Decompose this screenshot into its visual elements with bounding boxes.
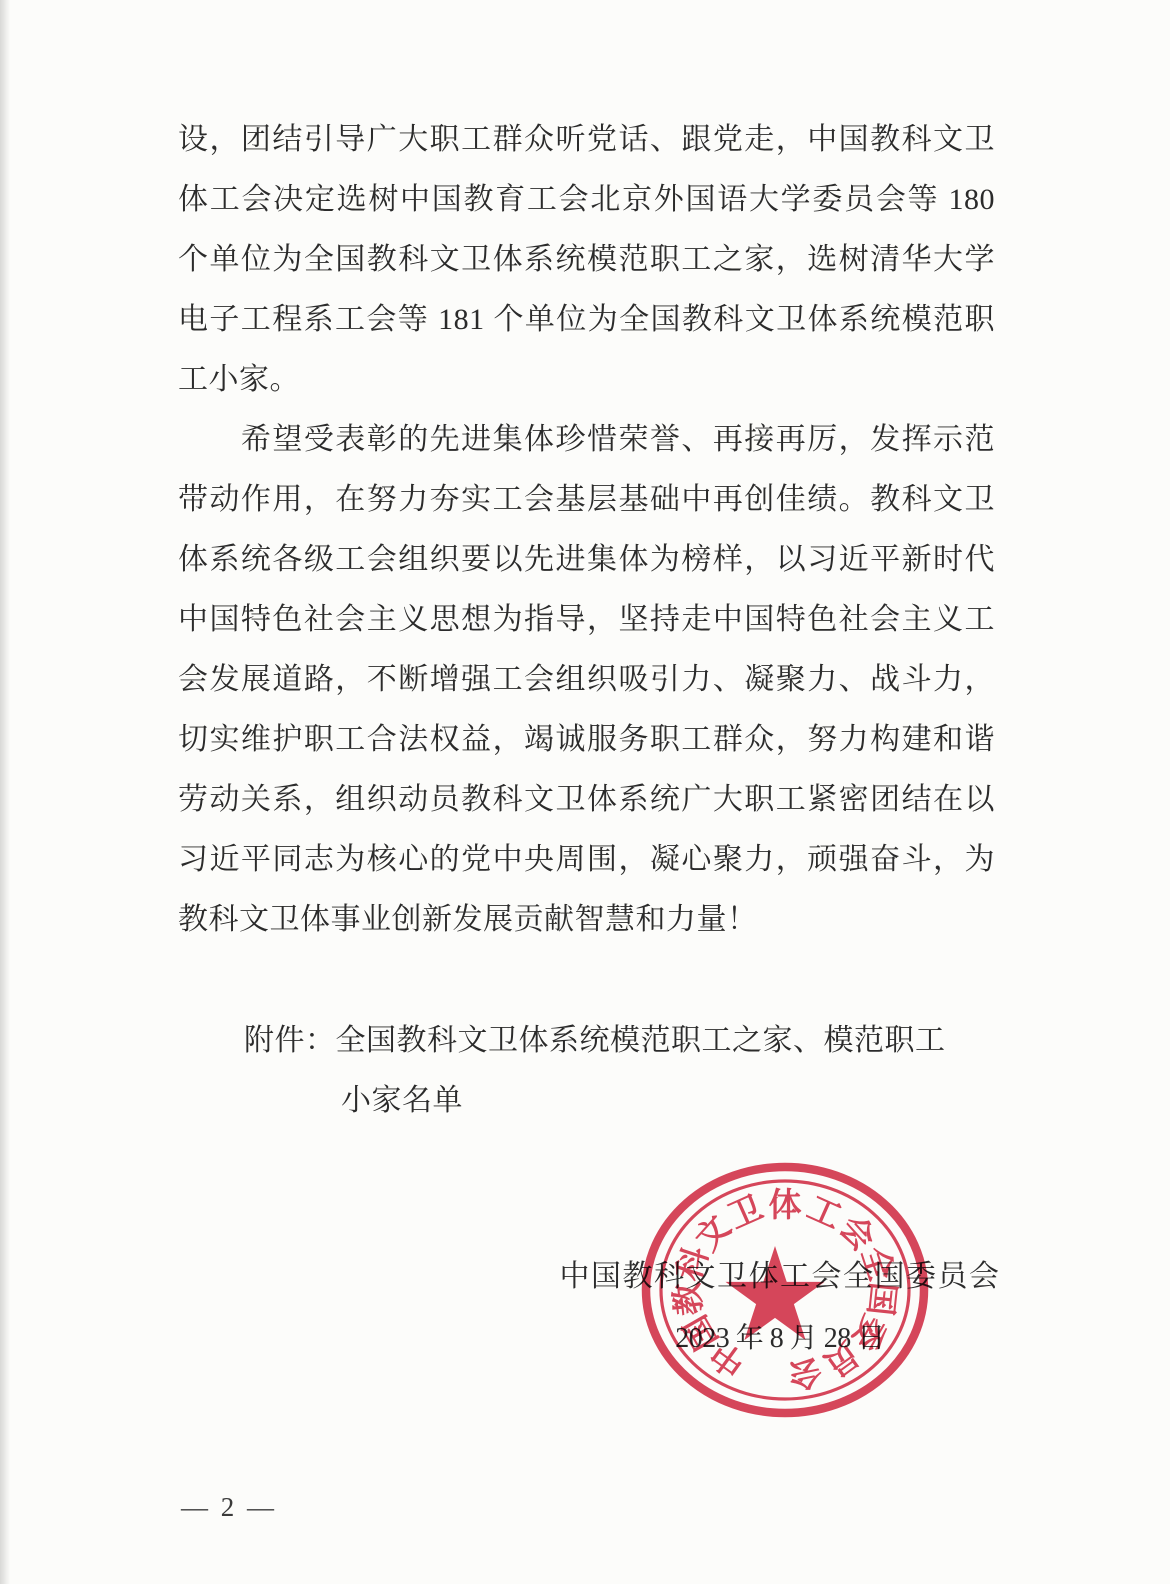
body-line: 个单位为全国教科文卫体系统模范职工之家，选树清华大学 — [178, 230, 995, 290]
body-line: 劳动关系，组织动员教科文卫体系统广大职工紧密团结在以 — [178, 770, 995, 830]
attachment-label: 附件： — [244, 1024, 336, 1057]
seal-char: 体 — [769, 1187, 802, 1224]
body-line: 体工会决定选树中国教育工会北京外国语大学委员会等 180 — [178, 170, 995, 230]
seal-star-icon — [726, 1246, 825, 1340]
body-line: 会发展道路，不断增强工会组织吸引力、凝聚力、战斗力， — [178, 650, 995, 710]
body-line: 设，团结引导广大职工群众听党话、跟党走，中国教科文卫 — [178, 110, 995, 170]
body-line: 电子工程系工会等 181 个单位为全国教科文卫体系统模范职 — [178, 290, 995, 350]
page-number: — 2 — — [181, 1492, 277, 1523]
letter-page: 设，团结引导广大职工群众听党话、跟党走，中国教科文卫体工会决定选树中国教育工会北… — [0, 0, 1170, 1584]
official-seal: 中国教科文卫体工会全国委员会 — [635, 1155, 935, 1425]
body-line: 切实维护职工合法权益，竭诚服务职工群众，努力构建和谐 — [178, 710, 995, 770]
body-line: 体系统各级工会组织要以先进集体为榜样，以习近平新时代 — [178, 530, 995, 590]
body-line: 希望受表彰的先进集体珍惜荣誉、再接再厉，发挥示范 — [178, 410, 995, 470]
attachment-note: 附件：全国教科文卫体系统模范职工之家、模范职工 小家名单 — [178, 1011, 995, 1131]
attachment-text: 小家名单 — [341, 1084, 463, 1117]
body-line: 教科文卫体事业创新发展贡献智慧和力量！ — [178, 890, 995, 950]
body-line: 带动作用，在努力夯实工会基层基础中再创佳绩。教科文卫 — [178, 470, 995, 530]
body-line: 工小家。 — [178, 350, 995, 410]
attachment-line: 小家名单 — [178, 1071, 995, 1131]
seal-char: 会 — [785, 1351, 825, 1394]
body-line: 中国特色社会主义思想为指导，坚持走中国特色社会主义工 — [178, 590, 995, 650]
attachment-line: 附件：全国教科文卫体系统模范职工之家、模范职工 — [178, 1011, 995, 1071]
letter-body: 设，团结引导广大职工群众听党话、跟党走，中国教科文卫体工会决定选树中国教育工会北… — [178, 110, 995, 950]
attachment-text: 全国教科文卫体系统模范职工之家、模范职工 — [336, 1024, 946, 1057]
body-line: 习近平同志为核心的党中央周围，凝心聚力，顽强奋斗，为 — [178, 830, 995, 890]
